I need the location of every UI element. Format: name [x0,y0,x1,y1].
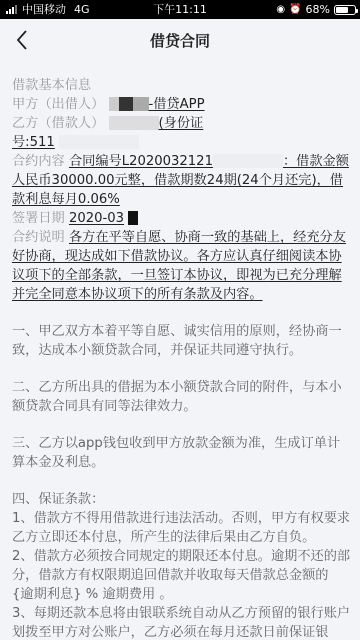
party-b-id-row: 号:511 [12,133,352,152]
contract-content: 借款基本信息 甲方（出借人） -借贷APP 乙方（借款人） (身份证 号:511… [12,76,352,640]
redacted-mask [59,135,139,149]
redacted-mask [213,154,283,168]
status-time: 下午11:11 [153,3,207,16]
contract-number: 合同编号L2020032121 [69,154,213,169]
redacted-mask [128,211,138,225]
clause-1: 一、甲乙双方本着平等自愿、诚实信用的原则，经协商一致，达成本小额贷款合同，并保证… [12,322,352,360]
clause-4: 四、保证条款： 1、借款方不得用借款进行违法活动。否则，甲方有权要求乙方立即还本… [12,490,352,640]
sign-date-row: 签署日期 2020-03 [12,209,352,228]
party-a-row: 甲方（出借人） -借贷APP [12,95,352,114]
sign-date-value: 2020-03 [69,211,124,226]
alarm-icon: ⏰ [289,0,301,19]
clause-title: 四、保证条款： [12,490,352,509]
section-title: 借款基本信息 [12,76,352,95]
sign-date-label: 签署日期 [12,211,65,226]
contract-row: 合约内容 合同编号L2020032121：借款金额人民币30000.00元整，借… [12,152,352,209]
description-label: 合约说明 [12,230,65,245]
party-b-row: 乙方（借款人） (身份证 [12,114,352,133]
clause-item: 2、借款方必须按合同规定的期限还本付息。逾期不还的部分，借款方有权限期追回借款并… [12,547,352,604]
clause-text: 一、甲乙双方本着平等自愿、诚实信用的原则，经协商一致，达成本小额贷款合同，并保证… [12,322,352,360]
orientation-lock-icon: ◉ [276,0,285,19]
clause-text: 二、乙方所出具的借据为本小额贷款合同的附件，与本小额贷款合同具有同等法律效力。 [12,378,352,416]
redacted-mask [109,97,149,111]
party-b-id: 号:511 [12,135,55,150]
description-row: 合约说明 各方在平等自愿、协商一致的基础上，经充分友好协商，现达成如下借款协议。… [12,228,352,304]
party-b-value: (身份证 [159,116,204,131]
redacted-mask [109,116,159,130]
contract-label: 合约内容 [12,154,65,169]
clause-3: 三、乙方以app钱包收到甲方放款金额为准，生成订单计算本金及利息。 [12,434,352,472]
party-a-value: -借贷APP [149,97,205,112]
party-a-label: 甲方（出借人） [12,97,104,112]
clause-item: 3、每期还款本息将由银联系统自动从乙方预留的银行账户划拨至甲方对公账户，乙方必须… [12,604,352,640]
page-title: 借贷合同 [0,19,360,63]
battery-icon [334,5,356,15]
status-bar: 中国移动 4G 下午11:11 ◉ ⏰ 68% [0,0,360,19]
navigation-bar: 借贷合同 [0,19,360,63]
battery-percent: 68% [306,0,330,19]
clause-2: 二、乙方所出具的借据为本小额贷款合同的附件，与本小额贷款合同具有同等法律效力。 [12,378,352,416]
clause-item: 1、借款方不得用借款进行违法活动。否则，甲方有权要求乙方立即还本付息，所产生的法… [12,509,352,547]
clause-text: 三、乙方以app钱包收到甲方放款金额为准，生成订单计算本金及利息。 [12,434,352,472]
party-b-label: 乙方（借款人） [12,116,104,131]
